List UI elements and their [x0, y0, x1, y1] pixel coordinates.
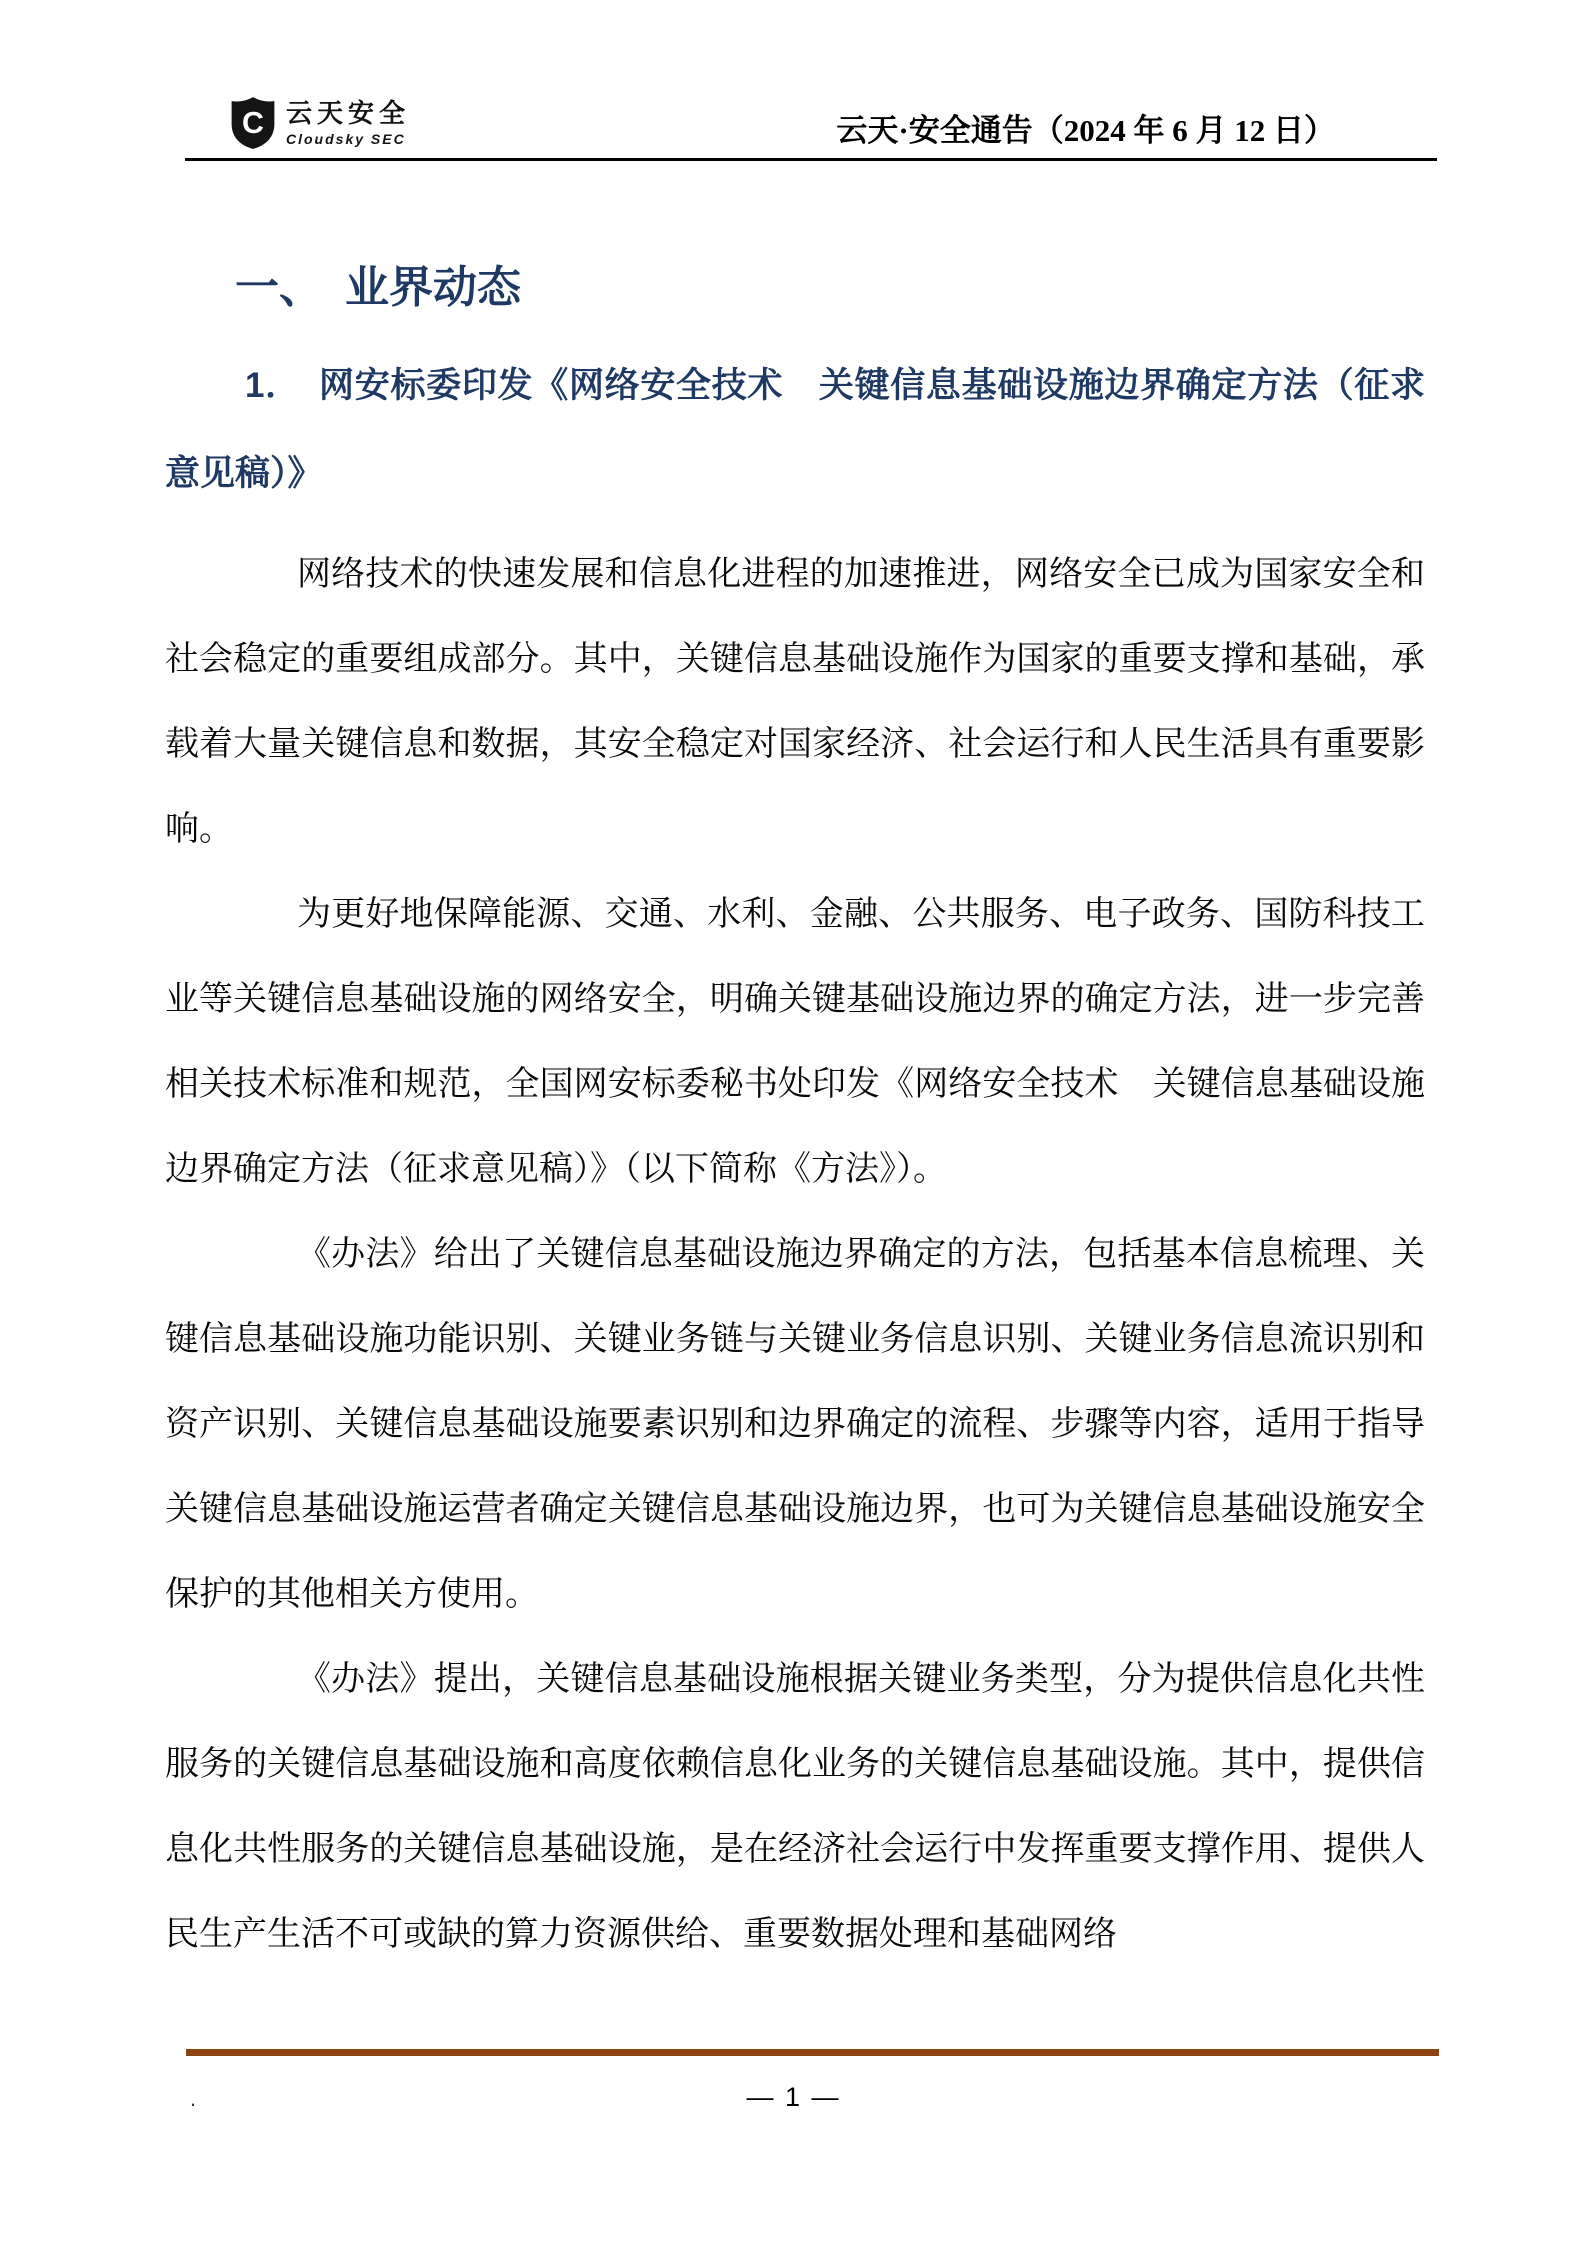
- brand-name-cn: 云天安全: [286, 99, 410, 128]
- document-page: C 云天安全 Cloudsky SEC 云天·安全通告（2024 年 6 月 1…: [0, 0, 1587, 2245]
- section-heading: 一、 业界动态: [235, 263, 1425, 314]
- paragraph-4: 《办法》提出，关键信息基础设施根据关键业务类型，分为提供信息化共性服务的关键信息…: [165, 1637, 1425, 1977]
- article-heading: 1． 网安标委印发《网络安全技术 关键信息基础设施边界确定方法（征求意见稿）》: [165, 342, 1425, 518]
- logo-letter: C: [242, 107, 264, 140]
- shield-c-logo-icon: C: [230, 96, 276, 150]
- bulletin-title: 云天·安全通告（2024 年 6 月 12 日）: [836, 105, 1335, 150]
- paragraph-3: 《办法》给出了关键信息基础设施边界确定的方法，包括基本信息梳理、关键信息基础设施…: [165, 1212, 1425, 1637]
- footer-divider: [186, 2049, 1439, 2056]
- paragraph-1: 网络技术的快速发展和信息化进程的加速推进，网络安全已成为国家安全和社会稳定的重要…: [165, 532, 1425, 872]
- page-number: — 1 —: [746, 2082, 840, 2112]
- document-body: 一、 业界动态 1． 网安标委印发《网络安全技术 关键信息基础设施边界确定方法（…: [0, 263, 1587, 1977]
- footer-row: . — 1 —: [0, 2082, 1587, 2113]
- page-footer: . — 1 —: [0, 2049, 1587, 2113]
- paragraph-2: 为更好地保障能源、交通、水利、金融、公共服务、电子政务、国防科技工业等关键信息基…: [165, 872, 1425, 1212]
- article-paragraphs: 网络技术的快速发展和信息化进程的加速推进，网络安全已成为国家安全和社会稳定的重要…: [165, 532, 1425, 1977]
- header-divider: [185, 158, 1437, 161]
- page-header: C 云天安全 Cloudsky SEC 云天·安全通告（2024 年 6 月 1…: [0, 0, 1587, 158]
- brand-text: 云天安全 Cloudsky SEC: [286, 99, 410, 148]
- company-logo: C 云天安全 Cloudsky SEC: [230, 96, 410, 150]
- stray-period-mark: .: [190, 2086, 196, 2112]
- brand-name-en: Cloudsky SEC: [286, 131, 410, 147]
